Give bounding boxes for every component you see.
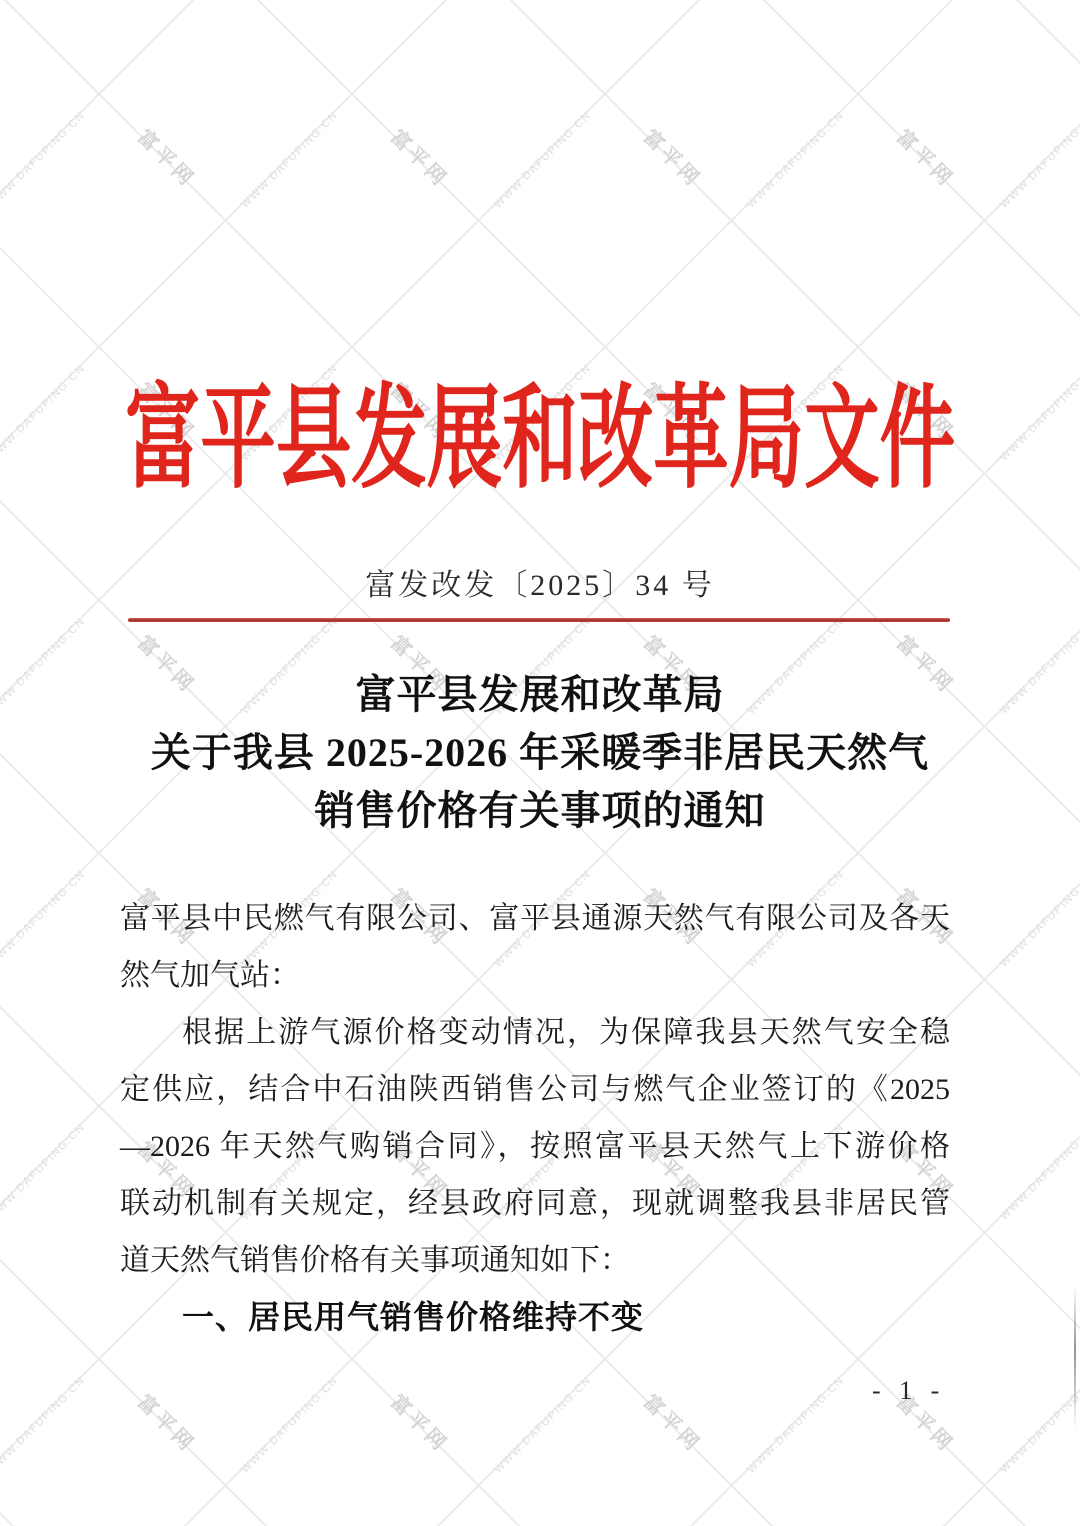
notice-title-line-2: 关于我县 2025-2026 年采暖季非居民天然气 [0,724,1080,782]
body-line-paragraph: 定供应，结合中石油陕西销售公司与燃气企业签订的《2025 [120,1061,950,1118]
scanned-document-page: 富平网 WWW.DAFUPING.CN 富平县发展和改革局文件 富发改发〔202… [0,0,1080,1526]
page-number: - 1 - [872,1376,945,1406]
document-reference-number: 富发改发〔2025〕34 号 [0,560,1080,604]
body-line-paragraph-end: 道天然气销售价格有关事项通知如下： [120,1232,950,1289]
body-line-addressees: 富平县中民燃气有限公司、富平县通源天然气有限公司及各天 [120,890,950,947]
scan-edge-artifact [1074,1285,1076,1430]
red-letterhead-banner: 富平县发展和改革局文件 [0,348,1080,489]
body-line-paragraph: —2026 年天然气购销合同》，按照富平县天然气上下游价格 [120,1118,950,1175]
body-line-paragraph: 根据上游气源价格变动情况，为保障我县天然气安全稳 [120,1004,950,1061]
body-line-addressees-end: 然气加气站： [120,947,950,1004]
body-line-paragraph: 联动机制有关规定，经县政府同意，现就调整我县非居民管 [120,1175,950,1232]
red-divider-rule [128,618,950,622]
section-heading-residential-price: 一、居民用气销售价格维持不变 [120,1289,950,1346]
notice-body: 富平县中民燃气有限公司、富平县通源天然气有限公司及各天 然气加气站： 根据上游气… [120,890,950,1346]
agency-banner-title: 富平县发展和改革局文件 [125,348,955,510]
notice-title-line-3: 销售价格有关事项的通知 [0,782,1080,840]
notice-title-line-1: 富平县发展和改革局 [0,666,1080,724]
notice-title: 富平县发展和改革局 关于我县 2025-2026 年采暖季非居民天然气 销售价格… [0,666,1080,840]
